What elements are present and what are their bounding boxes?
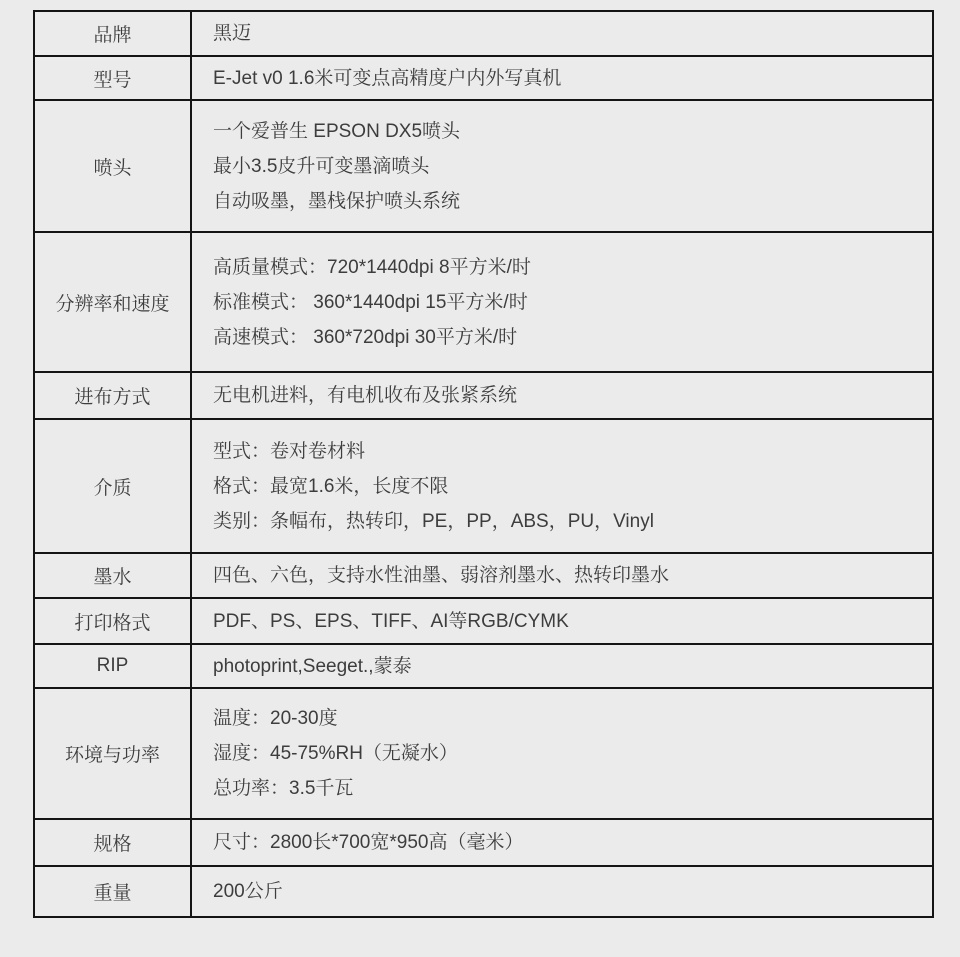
spec-value-printhead: 一个爱普生 EPSON DX5喷头 最小3.5皮升可变墨滴喷头 自动吸墨，墨栈保… xyxy=(192,101,932,231)
table-row-print-format: 打印格式 PDF、PS、EPS、TIFF、AI等RGB/CYMK xyxy=(35,599,932,645)
spec-value-media: 型式：卷对卷材料 格式：最宽1.6米，长度不限 类别：条幅布，热转印，PE，PP… xyxy=(192,420,932,552)
spec-label-model: 型号 xyxy=(35,57,192,99)
product-spec-table: 品牌 黑迈 型号 E-Jet v0 1.6米可变点高精度户内外写真机 喷头 一个… xyxy=(33,10,934,918)
product-spec-page: { "colors": { "background": "#ebebeb", "… xyxy=(0,0,960,957)
spec-value-line: 无电机进料，有电机收布及张紧系统 xyxy=(213,378,922,413)
spec-label-rip: RIP xyxy=(35,645,192,687)
spec-value-line: 高质量模式：720*1440dpi 8平方米/时 xyxy=(213,250,922,285)
spec-label-print-format: 打印格式 xyxy=(35,599,192,643)
spec-value-rip: photoprint,Seeget.,蒙泰 xyxy=(192,645,932,687)
table-row-ink: 墨水 四色、六色，支持水性油墨、弱溶剂墨水、热转印墨水 xyxy=(35,554,932,599)
spec-value-line: PDF、PS、EPS、TIFF、AI等RGB/CYMK xyxy=(213,604,922,639)
spec-label-printhead: 喷头 xyxy=(35,101,192,231)
spec-value-line: 自动吸墨，墨栈保护喷头系统 xyxy=(213,184,922,219)
spec-label-environment-power: 环境与功率 xyxy=(35,689,192,818)
spec-value-print-format: PDF、PS、EPS、TIFF、AI等RGB/CYMK xyxy=(192,599,932,643)
spec-value-feed-method: 无电机进料，有电机收布及张紧系统 xyxy=(192,373,932,418)
spec-label-resolution-speed: 分辨率和速度 xyxy=(35,233,192,371)
table-row-model: 型号 E-Jet v0 1.6米可变点高精度户内外写真机 xyxy=(35,57,932,101)
table-row-weight: 重量 200公斤 xyxy=(35,867,932,916)
spec-value-brand: 黑迈 xyxy=(192,12,932,55)
table-row-environment-power: 环境与功率 温度：20-30度 湿度：45-75%RH（无凝水） 总功率：3.5… xyxy=(35,689,932,820)
spec-label-weight: 重量 xyxy=(35,867,192,916)
spec-label-brand: 品牌 xyxy=(35,12,192,55)
spec-label-feed-method: 进布方式 xyxy=(35,373,192,418)
spec-value-line: 尺寸：2800长*700宽*950高（毫米） xyxy=(213,825,922,860)
spec-value-line: 200公斤 xyxy=(213,874,922,909)
table-row-brand: 品牌 黑迈 xyxy=(35,12,932,57)
table-row-printhead: 喷头 一个爱普生 EPSON DX5喷头 最小3.5皮升可变墨滴喷头 自动吸墨，… xyxy=(35,101,932,233)
table-row-media: 介质 型式：卷对卷材料 格式：最宽1.6米，长度不限 类别：条幅布，热转印，PE… xyxy=(35,420,932,554)
spec-value-dimensions: 尺寸：2800长*700宽*950高（毫米） xyxy=(192,820,932,865)
spec-value-line: 标准模式： 360*1440dpi 15平方米/时 xyxy=(213,285,922,320)
spec-label-ink: 墨水 xyxy=(35,554,192,597)
table-row-dimensions: 规格 尺寸：2800长*700宽*950高（毫米） xyxy=(35,820,932,867)
spec-value-model: E-Jet v0 1.6米可变点高精度户内外写真机 xyxy=(192,57,932,99)
spec-value-line: 一个爱普生 EPSON DX5喷头 xyxy=(213,114,922,149)
spec-value-line: 高速模式： 360*720dpi 30平方米/时 xyxy=(213,320,922,355)
table-row-resolution-speed: 分辨率和速度 高质量模式：720*1440dpi 8平方米/时 标准模式： 36… xyxy=(35,233,932,373)
spec-value-line: 类别：条幅布，热转印，PE，PP，ABS，PU，Vinyl xyxy=(213,504,922,539)
spec-value-line: 格式：最宽1.6米，长度不限 xyxy=(213,469,922,504)
spec-value-line: photoprint,Seeget.,蒙泰 xyxy=(213,649,922,684)
spec-value-line: 湿度：45-75%RH（无凝水） xyxy=(213,736,922,771)
spec-value-resolution-speed: 高质量模式：720*1440dpi 8平方米/时 标准模式： 360*1440d… xyxy=(192,233,932,371)
spec-value-ink: 四色、六色，支持水性油墨、弱溶剂墨水、热转印墨水 xyxy=(192,554,932,597)
spec-label-dimensions: 规格 xyxy=(35,820,192,865)
table-row-feed-method: 进布方式 无电机进料，有电机收布及张紧系统 xyxy=(35,373,932,420)
spec-value-line: 四色、六色，支持水性油墨、弱溶剂墨水、热转印墨水 xyxy=(213,558,922,593)
spec-value-line: 温度：20-30度 xyxy=(213,701,922,736)
spec-value-line: 型式：卷对卷材料 xyxy=(213,434,922,469)
spec-value-line: E-Jet v0 1.6米可变点高精度户内外写真机 xyxy=(213,61,922,96)
spec-value-weight: 200公斤 xyxy=(192,867,932,916)
spec-value-line: 最小3.5皮升可变墨滴喷头 xyxy=(213,149,922,184)
spec-value-line: 总功率：3.5千瓦 xyxy=(213,771,922,806)
spec-label-media: 介质 xyxy=(35,420,192,552)
spec-value-line: 黑迈 xyxy=(213,16,922,51)
spec-value-environment-power: 温度：20-30度 湿度：45-75%RH（无凝水） 总功率：3.5千瓦 xyxy=(192,689,932,818)
table-row-rip: RIP photoprint,Seeget.,蒙泰 xyxy=(35,645,932,689)
